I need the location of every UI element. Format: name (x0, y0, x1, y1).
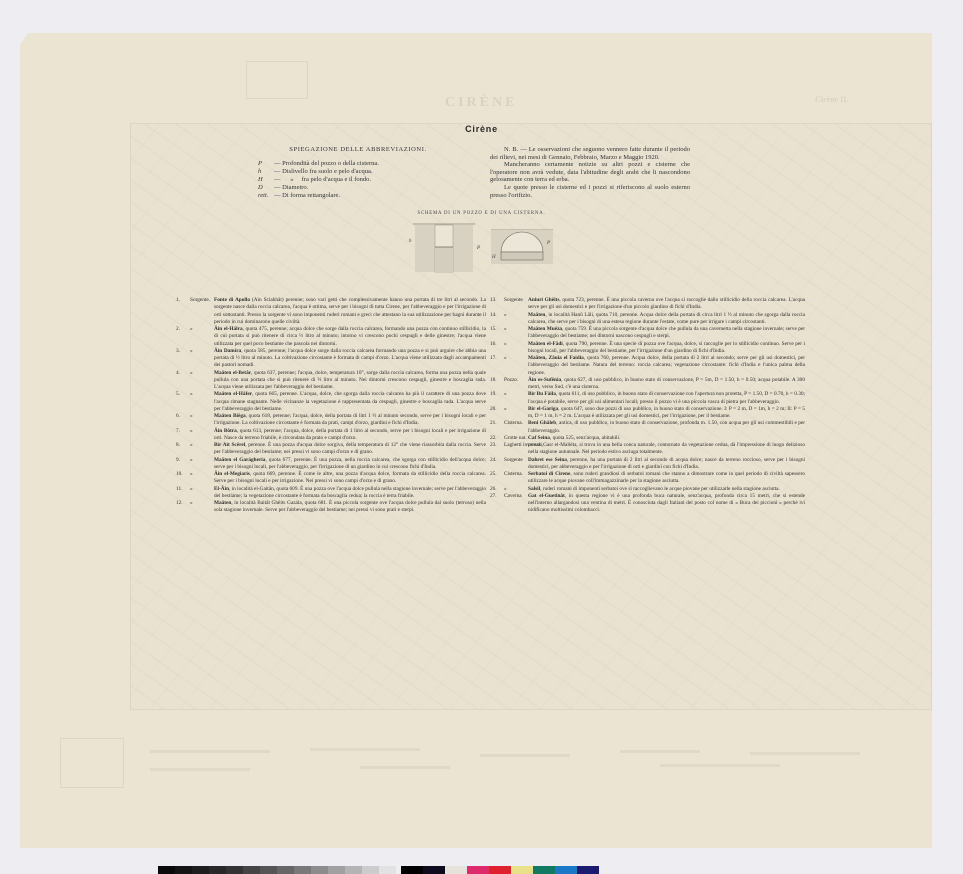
color-swatch (379, 866, 396, 874)
water-source-entry: 18.Pozzo.Âin es-Sufênia, quota 627, di u… (490, 377, 805, 392)
well-schematic-icon: h P H P (405, 222, 555, 274)
water-source-entry: 21.Cisterna.Beni Ghâleb, antica, di uso … (490, 420, 805, 435)
color-swatch (445, 866, 467, 874)
color-calibration-bar (158, 866, 599, 874)
color-swatch (311, 866, 328, 874)
water-source-entry: 2.»Âin el-Hálra, quota 475, perenne; acq… (176, 326, 486, 348)
water-source-entry: 7.»Âin Bôtra, quota 613, perenne; l'acqu… (176, 428, 486, 443)
color-swatch (158, 866, 175, 874)
svg-text:P: P (546, 241, 550, 246)
water-source-entry: 12.»Maâten, in località Baitât Ghêits Ga… (176, 500, 486, 515)
color-swatch (226, 866, 243, 874)
color-swatch (209, 866, 226, 874)
water-source-entry: 17.»Maâten, Zâuia el Faidia, quota 760, … (490, 355, 805, 377)
water-source-entry: 8.»Bir Ait Scêrel, perenne. È una pozza … (176, 442, 486, 457)
water-source-entry: 3.»Âin Damíra, quota 585, perenne; l'acq… (176, 348, 486, 370)
color-swatch (345, 866, 362, 874)
color-swatch (555, 866, 577, 874)
faded-legend (60, 708, 880, 828)
water-source-entry: 22.Grotte nat.Caf Seina, quota 525, senz… (490, 435, 805, 442)
color-swatch (489, 866, 511, 874)
water-source-entry: 27.CavernaGat el-Guetinât, in questa reg… (490, 493, 805, 515)
color-swatch (467, 866, 489, 874)
color-swatch (260, 866, 277, 874)
color-swatch (277, 866, 294, 874)
abbreviation-row: H— » fra pelo d'acqua e il fondo. (258, 176, 458, 184)
color-swatch (175, 866, 192, 874)
well-cistern-diagram: h P H P (405, 222, 555, 274)
water-source-entry: 16.»Maâten el-Fâdi, quota 790, perenne. … (490, 341, 805, 356)
color-swatch (423, 866, 445, 874)
water-source-entry: 5.»Maâten el-Háfer, quota 665, perenne. … (176, 391, 486, 413)
svg-text:P: P (476, 246, 480, 251)
color-swatch (243, 866, 260, 874)
note-paragraph: N. B. — Le osservazioni che seguono venn… (490, 146, 690, 161)
abbreviation-row: D— Diametro. (258, 184, 458, 192)
color-swatch (511, 866, 533, 874)
color-swatch (192, 866, 209, 874)
water-source-entry: 1.Sorgente.Fonte di Apollo (Ain Sciahhât… (176, 297, 486, 326)
abbreviation-row: h— Dislivello fra suolo e pelo d'acqua. (258, 168, 458, 176)
color-swatch (328, 866, 345, 874)
note-paragraph: Mancheranno certamente notizie su altri … (490, 161, 690, 184)
water-source-entry: 15.»Maâten Muêza, quota 759. È una picco… (490, 326, 805, 341)
schema-title: SCHEMA DI UN POZZO E DI UNA CISTERNA. (0, 211, 963, 216)
entries-column-right: 13.SorgenteAniuri Ghêits, quota 723, per… (490, 297, 805, 515)
water-source-entry: 20.»Bir el-Gariga, quota 647, sono due p… (490, 406, 805, 421)
water-source-entry: 14.»Maâten, in località Hanû Lâli, quota… (490, 312, 805, 327)
color-swatch (577, 866, 599, 874)
water-source-entry: 11.»El-Âin, in località el-Gaitân, quota… (176, 486, 486, 501)
color-swatch (362, 866, 379, 874)
color-swatch (533, 866, 555, 874)
water-source-entry: 26.»Salsil, ruderi romani di imponenti s… (490, 486, 805, 493)
page-title: Cirène (0, 124, 963, 134)
color-swatch (401, 866, 423, 874)
note-paragraph: Le quote presso le cisterne ed i pozzi s… (490, 184, 690, 199)
water-source-entry: 23.Laghetti invernali, presso Gasr el-Ma… (490, 442, 805, 457)
water-source-entry: 19.»Bir Bu Fàila, quota 611, di uso pubb… (490, 391, 805, 406)
water-source-entry: 13.SorgenteAniuri Ghêits, quota 723, per… (490, 297, 805, 312)
water-source-entry: 24.SorgenteDahret ese Seina, perenne, ha… (490, 457, 805, 472)
faded-header-title: CIRÈNE (445, 95, 517, 111)
water-source-entry: 6.»Maâten Biêga, quota 618, perenne; l'a… (176, 413, 486, 428)
entries-column-left: 1.Sorgente.Fonte di Apollo (Ain Sciahhât… (176, 297, 486, 515)
color-swatch (294, 866, 311, 874)
abbreviation-row: rett.— Di forma rettangolare. (258, 192, 458, 200)
abbreviations-heading: SPIEGAZIONE DELLE ABBREVIAZIONI. (258, 146, 458, 154)
water-source-entry: 10.»Âin el-Megiaris, quota 669, perenne.… (176, 471, 486, 486)
water-source-entry: 4.»Maâten el-Betâr, quota 637, perenne; … (176, 370, 486, 392)
abbreviations-legend: SPIEGAZIONE DELLE ABBREVIAZIONI. P— Prof… (258, 146, 458, 200)
faded-stamp (246, 61, 308, 99)
faded-header-right: Cirène II. (815, 95, 848, 104)
water-source-entry: 25.Cisterna.Serbatoi di Cirene, sono rud… (490, 471, 805, 486)
observation-note: N. B. — Le osservazioni che seguono venn… (490, 146, 690, 199)
abbreviation-row: P— Profondità del pozzo o della cisterna… (258, 160, 458, 168)
water-source-entry: 9.»Maâten el Garágheria, quota 677, pere… (176, 457, 486, 472)
svg-text:H: H (491, 255, 496, 260)
svg-text:h: h (409, 239, 412, 244)
